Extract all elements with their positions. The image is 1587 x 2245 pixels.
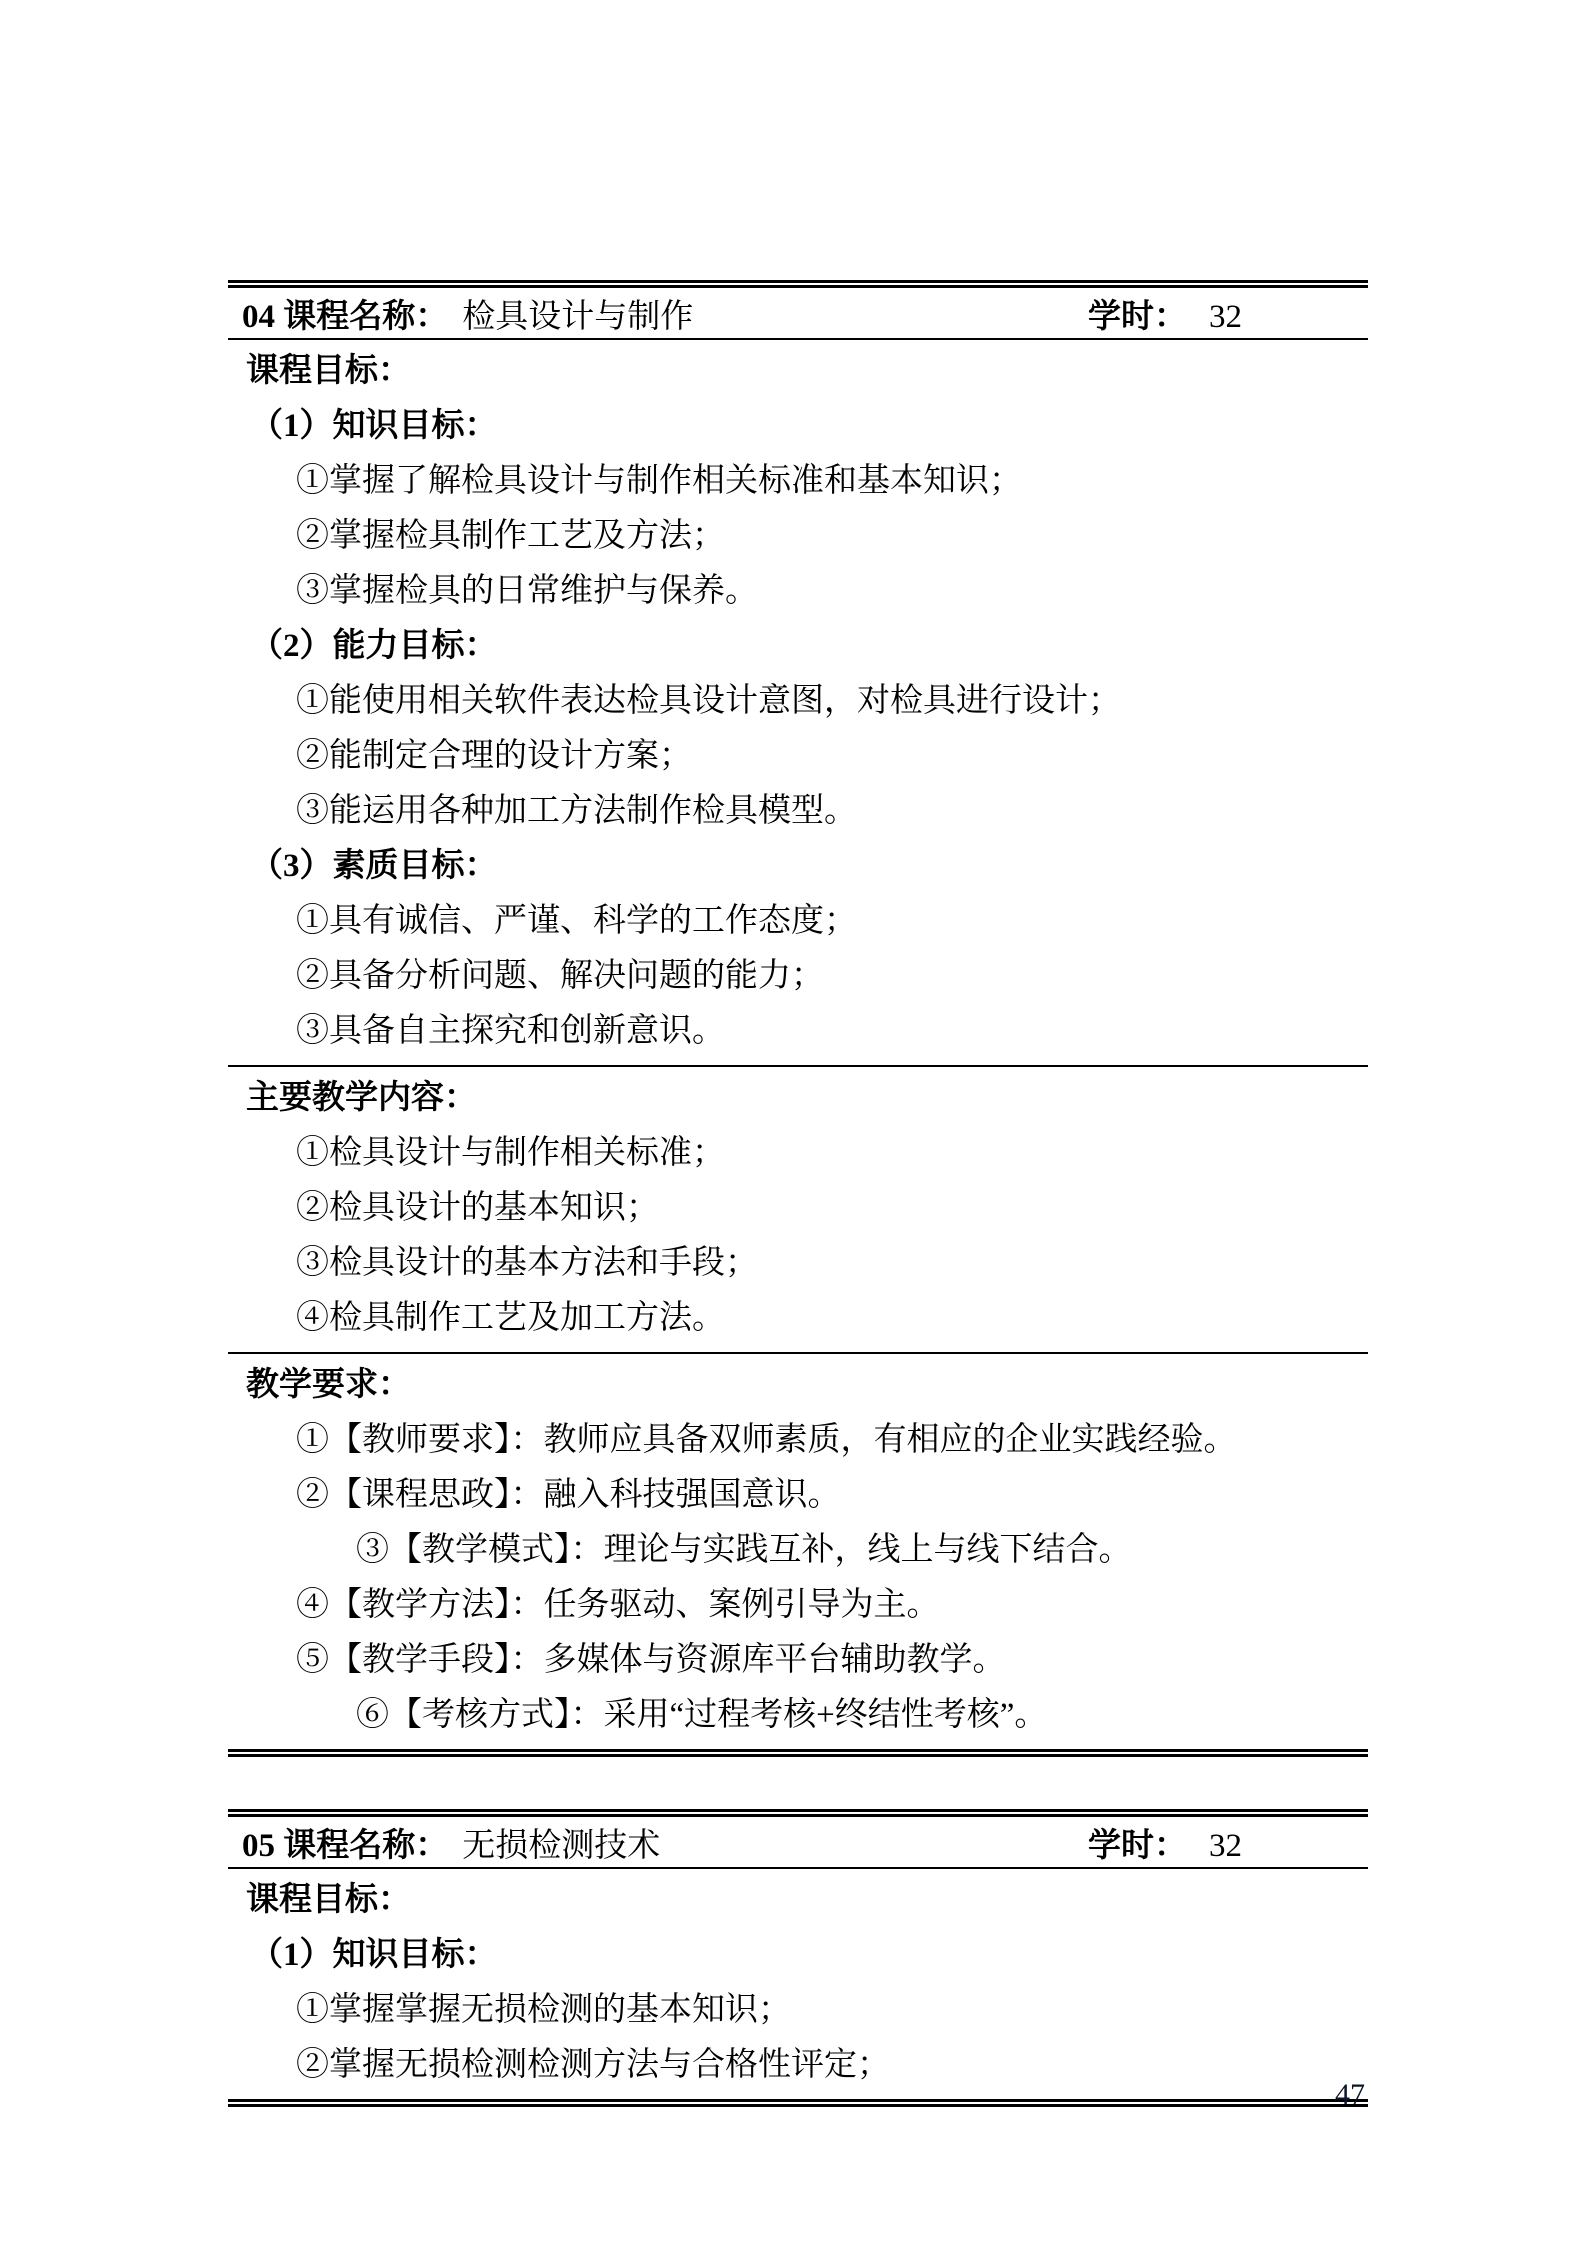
course-05-name-label: 05 课程名称：	[242, 1819, 448, 1866]
course-04-hours-label: 学时：	[1088, 290, 1187, 337]
course-05-goals-block: 课程目标： （1）知识目标： ①掌握掌握无损检测的基本知识； ②掌握无损检测检测…	[228, 1869, 1368, 2099]
course-04-title: 04 课程名称：检具设计与制作	[242, 290, 693, 337]
course-05-table: 05 课程名称：无损检测技术 学时：32 课程目标： （1）知识目标： ①掌握掌…	[228, 1809, 1368, 2107]
teaching-requirement-item: ①【教师要求】：教师应具备双师素质，有相应的企业实践经验。	[228, 1413, 1368, 1468]
document-page: 04 课程名称：检具设计与制作 学时：32 课程目标： （1）知识目标： ①掌握…	[0, 0, 1587, 2245]
document-body: 04 课程名称：检具设计与制作 学时：32 课程目标： （1）知识目标： ①掌握…	[228, 280, 1368, 2107]
ability-goal-title: （2）能力目标：	[228, 619, 1368, 674]
course-05-header-row: 05 课程名称：无损检测技术 学时：32	[228, 1817, 1368, 1869]
course-04-hours-value: 32	[1209, 299, 1242, 336]
teaching-requirement-item: ②【课程思政】：融入科技强国意识。	[228, 1468, 1368, 1523]
course-04-header-row: 04 课程名称：检具设计与制作 学时：32	[228, 288, 1368, 340]
teaching-content-item: ③检具设计的基本方法和手段；	[228, 1236, 1368, 1291]
teaching-content-item: ②检具设计的基本知识；	[228, 1181, 1368, 1236]
teaching-content-title: 主要教学内容：	[228, 1071, 1368, 1126]
ability-goal-item: ②能制定合理的设计方案；	[228, 729, 1368, 784]
ability-goal-item: ③能运用各种加工方法制作检具模型。	[228, 784, 1368, 839]
course-goal-title: 课程目标：	[228, 344, 1368, 399]
course-goal-title: 课程目标：	[228, 1873, 1368, 1928]
course-04-name-value: 检具设计与制作	[462, 290, 693, 337]
teaching-content-item: ④检具制作工艺及加工方法。	[228, 1291, 1368, 1346]
teaching-requirement-item: ⑤【教学手段】：多媒体与资源库平台辅助教学。	[228, 1633, 1368, 1688]
course-05-hours: 学时：32	[1088, 1819, 1242, 1866]
ability-goal-item: ①能使用相关软件表达检具设计意图，对检具进行设计；	[228, 674, 1368, 729]
course-04-requirements-block: 教学要求： ①【教师要求】：教师应具备双师素质，有相应的企业实践经验。 ②【课程…	[228, 1352, 1368, 1749]
course-04-hours: 学时：32	[1088, 290, 1242, 337]
quality-goal-item: ③具备自主探究和创新意识。	[228, 1004, 1368, 1059]
quality-goal-item: ②具备分析问题、解决问题的能力；	[228, 949, 1368, 1004]
course-04-table: 04 课程名称：检具设计与制作 学时：32 课程目标： （1）知识目标： ①掌握…	[228, 280, 1368, 1757]
teaching-requirement-item: ④【教学方法】：任务驱动、案例引导为主。	[228, 1578, 1368, 1633]
knowledge-goal-item: ②掌握检具制作工艺及方法；	[228, 509, 1368, 564]
course-05-hours-value: 32	[1209, 1828, 1242, 1865]
knowledge-goal-item: ②掌握无损检测检测方法与合格性评定；	[228, 2038, 1368, 2093]
course-04-content-block: 主要教学内容： ①检具设计与制作相关标准； ②检具设计的基本知识； ③检具设计的…	[228, 1065, 1368, 1352]
knowledge-goal-title: （1）知识目标：	[228, 399, 1368, 454]
teaching-requirement-item: ⑥【考核方式】：采用“过程考核+终结性考核”。	[228, 1688, 1368, 1743]
knowledge-goal-title: （1）知识目标：	[228, 1928, 1368, 1983]
knowledge-goal-item: ①掌握掌握无损检测的基本知识；	[228, 1983, 1368, 2038]
knowledge-goal-item: ③掌握检具的日常维护与保养。	[228, 564, 1368, 619]
quality-goal-title: （3）素质目标：	[228, 839, 1368, 894]
quality-goal-item: ①具有诚信、严谨、科学的工作态度；	[228, 894, 1368, 949]
teaching-requirements-title: 教学要求：	[228, 1358, 1368, 1413]
course-04-goals-block: 课程目标： （1）知识目标： ①掌握了解检具设计与制作相关标准和基本知识； ②掌…	[228, 340, 1368, 1065]
course-04-name-label: 04 课程名称：	[242, 290, 448, 337]
teaching-content-item: ①检具设计与制作相关标准；	[228, 1126, 1368, 1181]
page-number: 47	[1335, 2078, 1365, 2112]
course-05-hours-label: 学时：	[1088, 1819, 1187, 1866]
table-gap	[228, 1757, 1368, 1809]
knowledge-goal-item: ①掌握了解检具设计与制作相关标准和基本知识；	[228, 454, 1368, 509]
teaching-requirement-item: ③【教学模式】：理论与实践互补，线上与线下结合。	[228, 1523, 1368, 1578]
course-05-title: 05 课程名称：无损检测技术	[242, 1819, 660, 1866]
course-05-name-value: 无损检测技术	[462, 1819, 660, 1866]
